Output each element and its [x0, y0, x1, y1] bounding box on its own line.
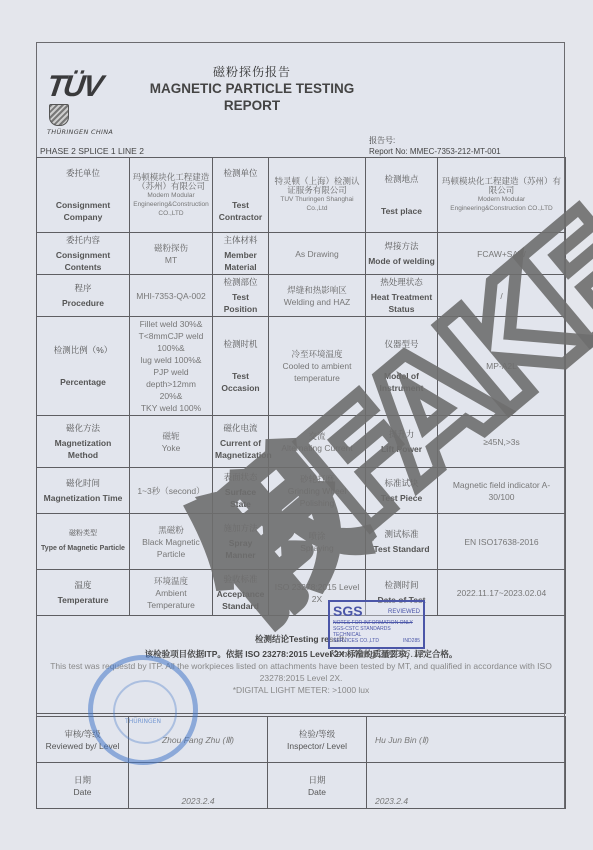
value-en: 1~3秒（second） [132, 485, 210, 497]
report-table: 委托单位Consignment Company玛顿模块化工程建造（苏州）有限公司… [36, 157, 566, 714]
table-row: 磁粉类型Type of Magnetic Particle黑磁粉Black Ma… [37, 514, 566, 570]
tuv-logo: TÜV THÜRINGEN CHINA [47, 73, 119, 136]
field-value: 1~3秒（second） [130, 468, 213, 514]
inspector-label: 检验/等级 Inspector/ Level [268, 717, 367, 763]
field-value: As Drawing [269, 233, 366, 275]
field-label: 温度Temperature [37, 570, 130, 616]
value-line: TKY weld 100% [132, 402, 210, 414]
label-cn: 检测时机 [215, 338, 266, 350]
field-value: 磁轭Yoke [130, 416, 213, 468]
label-cn: 检测单位 [215, 167, 266, 179]
value-line: Fillet weld 30%& [132, 318, 210, 330]
inspector-date-label: 日期 Date [268, 763, 367, 809]
field-label: 提升力Lift Power [366, 416, 438, 468]
value-en: MHI-7353-QA-002 [132, 290, 210, 302]
value-en: As Drawing [271, 248, 363, 260]
field-label: 测试标准Test Standard [366, 514, 438, 570]
label-cn: 表面状态 [215, 471, 266, 483]
label-cn: 测试标准 [368, 528, 435, 540]
label-en: Spray Manner [215, 537, 266, 561]
value-cn: 玛顿模块化工程建造（苏州）有限公司 [440, 177, 563, 195]
field-label: 表面状态Surface State [213, 468, 269, 514]
label-cn: 委托内容 [39, 234, 127, 246]
report-number-label-cn: 报告号: [369, 135, 501, 146]
field-label: 检测时机Test Occasion [213, 317, 269, 416]
field-value: 冷至环境温度Cooled to ambient temperature [269, 317, 366, 416]
value-cn: 焊缝和热影响区 [271, 284, 363, 296]
field-label: 检测单位Test Contractor [213, 158, 269, 233]
field-label: 焊接方法Mode of welding [366, 233, 438, 275]
value-cn: 黑磁粉 [132, 524, 210, 536]
table-row: 委托内容Consignment Contents磁粉探伤MT主体材料Member… [37, 233, 566, 275]
value-line: 20%& [132, 390, 210, 402]
seal-inner-ring [113, 680, 177, 744]
field-value: 黑磁粉Black Magnetic Particle [130, 514, 213, 570]
label-en: Model of Instrument [368, 370, 435, 394]
field-value: 焊缝和热影响区Welding and HAZ [269, 275, 366, 317]
label-en: Test Contractor [215, 199, 266, 223]
field-value: ≥45N,>3s [438, 416, 566, 468]
value-cn: 磁轭 [132, 430, 210, 442]
value-cn: 特灵顿（上海）检测认证服务有限公司 [271, 177, 363, 195]
label-en: Heat Treatment Status [368, 291, 435, 315]
field-label: 磁化方法Magnetization Method [37, 416, 130, 468]
field-label: 检测部位Test Position [213, 275, 269, 317]
seal-text: THÜRINGEN [93, 718, 193, 725]
value-en: MT [132, 254, 210, 266]
label-cn: 热处理状态 [368, 276, 435, 288]
label-en: Current of Magnetization [215, 437, 266, 461]
field-value: FCAW+SAW [438, 233, 566, 275]
field-label: 磁化时间Magnetization Time [37, 468, 130, 514]
value-en: Cooled to ambient temperature [271, 360, 363, 384]
label-en: Surface State [215, 486, 266, 510]
logo-brand: TÜV [45, 73, 103, 101]
field-value: MHI-7353-QA-002 [130, 275, 213, 317]
label-cn: 磁化方法 [39, 422, 127, 434]
field-value: 磁粉探伤MT [130, 233, 213, 275]
value-en: Black Magnetic Particle [132, 536, 210, 560]
field-label: 程序Procedure [37, 275, 130, 317]
value-cn: 磁粉探伤 [132, 242, 210, 254]
value-en: Yoke [132, 442, 210, 454]
sgs-company-line2: SERVICES CO.,LTD [333, 638, 379, 644]
value-line: 100%& [132, 342, 210, 354]
label-en: Mode of welding [368, 255, 435, 267]
sgs-company-line1: SGS-CSTC STANDARDS TECHNICAL [333, 626, 420, 638]
field-label: 施加方法Spray Manner [213, 514, 269, 570]
label-en: Consignment Contents [39, 249, 127, 273]
label-en: Test place [368, 205, 435, 217]
sgs-reviewed: REVIEWED [388, 609, 420, 615]
value-en: Spraying [271, 542, 363, 554]
value-en: Magnetic field indicator A-30/100 [440, 479, 563, 503]
field-label: 检测比例（%）Percentage [37, 317, 130, 416]
report-title: 磁粉探伤报告 MAGNETIC PARTICLE TESTING REPORT [137, 63, 367, 114]
sgs-handwritten-note: Ken Wang 2023.6.12 [330, 650, 425, 660]
value-cn: 玛顿模块化工程建造（苏州）有限公司 [132, 173, 210, 191]
field-label: 标准试块Test Piece [366, 468, 438, 514]
table-row: 磁化方法Magnetization Method磁轭Yoke磁化电流Curren… [37, 416, 566, 468]
label-cn: 检测部位 [215, 276, 266, 288]
value-en: Modern Modular Engineering&Construction … [132, 191, 210, 218]
label-en: Acceptance Standard [215, 588, 266, 612]
label-cn: 磁粉类型 [39, 528, 127, 540]
tuv-seal-stamp: THÜRINGEN [88, 655, 198, 765]
label-cn: 施加方法 [215, 522, 266, 534]
label-cn: 程序 [39, 282, 127, 294]
value-en: Modern Modular Engineering&Construction … [440, 195, 563, 213]
logo-subtitle: THÜRINGEN CHINA [47, 128, 119, 136]
result-title: 检测结论Testing result: [39, 633, 563, 645]
value-line: depth>12mm [132, 378, 210, 390]
report-number: 报告号: Report No: MMEC-7353-212-MT-001 [369, 135, 501, 157]
value-cn: 冷至环境温度 [271, 348, 363, 360]
field-label: 热处理状态Heat Treatment Status [366, 275, 438, 317]
reviewed-date: 2023.2.4 [129, 763, 268, 809]
label-en: Test Position [215, 291, 266, 315]
field-label: 磁化电流Current of Magnetization [213, 416, 269, 468]
field-value: 交流Alternating Current [269, 416, 366, 468]
field-label: 主体材料Member Material [213, 233, 269, 275]
sgs-logo: SGS [333, 604, 363, 618]
field-value: 喷涂Spraying [269, 514, 366, 570]
label-en: Magnetization Method [39, 437, 127, 461]
value-en: TUV Thuringen Shanghai Co.,Ltd [271, 195, 363, 213]
label-cn: 磁化时间 [39, 477, 127, 489]
field-value: Magnetic field indicator A-30/100 [438, 468, 566, 514]
table-row: 检测比例（%）PercentageFillet weld 30%&T<8mmCJ… [37, 317, 566, 416]
field-value: 2022.11.17~2023.02.04 [438, 570, 566, 616]
value-cn: 环境温度 [132, 575, 210, 587]
field-value: 砂轮打磨Grinding Wheel Polishing [269, 468, 366, 514]
field-value: 玛顿模块化工程建造（苏州）有限公司Modern Modular Engineer… [438, 158, 566, 233]
label-cn: 标准试块 [368, 477, 435, 489]
table-row: 委托单位Consignment Company玛顿模块化工程建造（苏州）有限公司… [37, 158, 566, 233]
label-cn: 仪器型号 [368, 338, 435, 350]
label-cn: 温度 [39, 579, 127, 591]
label-en: Test Standard [368, 543, 435, 555]
report-number-value: Report No: MMEC-7353-212-MT-001 [369, 146, 501, 157]
label-en: Member Material [215, 249, 266, 273]
label-cn: 磁化电流 [215, 422, 266, 434]
field-label: 委托单位Consignment Company [37, 158, 130, 233]
label-en: Test Piece [368, 492, 435, 504]
field-label: 检测地点Test place [366, 158, 438, 233]
label-en: Type of Magnetic Particle [39, 543, 127, 555]
title-en-line1: MAGNETIC PARTICLE TESTING [137, 80, 367, 97]
crest-icon [49, 104, 69, 126]
field-value: / [438, 275, 566, 317]
field-value: 环境温度Ambient Temperature [130, 570, 213, 616]
field-value: 玛顿模块化工程建造（苏州）有限公司Modern Modular Engineer… [130, 158, 213, 233]
value-en: FCAW+SAW [440, 248, 563, 260]
field-value: Fillet weld 30%&T<8mmCJP weld100%&lug we… [130, 317, 213, 416]
field-value: MP-A2L [438, 317, 566, 416]
inspector-date: 2023.2.4 [367, 763, 566, 809]
sgs-review-stamp: SGS REVIEWED NOTES FOR INFORMATION ONLY … [328, 600, 425, 649]
value-cn: 砂轮打磨 [271, 473, 363, 485]
label-cn: 检测比例（%） [39, 344, 127, 356]
inspector-signature: Hu Jun Bin (Ⅱ) [367, 717, 566, 763]
value-en: 2022.11.17~2023.02.04 [440, 587, 563, 599]
table-row: 温度Temperature环境温度Ambient Temperature验收标准… [37, 570, 566, 616]
label-cn: 焊接方法 [368, 240, 435, 252]
result-cn: 该检验项目依据ITP。依据 ISO 23278:2015 Level 2X 标准… [39, 648, 563, 660]
label-en: Percentage [39, 376, 127, 388]
reviewed-date-label: 日期 Date [37, 763, 129, 809]
value-en: Ambient Temperature [132, 587, 210, 611]
project-name: PHASE 2 SPLICE 1 LINE 2 [40, 146, 144, 156]
label-en: Lift Power [368, 443, 435, 455]
value-line: T<8mmCJP weld [132, 330, 210, 342]
label-en: Procedure [39, 297, 127, 309]
value-en: Alternating Current [271, 442, 363, 454]
field-value: EN ISO17638-2016 [438, 514, 566, 570]
label-cn: 委托单位 [39, 167, 127, 179]
value-en: Welding and HAZ [271, 296, 363, 308]
value-en: ≥45N,>3s [440, 436, 563, 448]
value-line: lug weld 100%& [132, 354, 210, 366]
table-row: 程序ProcedureMHI-7353-QA-002检测部位Test Posit… [37, 275, 566, 317]
value-en: Grinding Wheel Polishing [271, 485, 363, 509]
sgs-code: IND285 [403, 638, 420, 644]
label-cn: 验收标准 [215, 573, 266, 585]
value-line: PJP weld [132, 366, 210, 378]
date-row: 日期 Date 2023.2.4 日期 Date 2023.2.4 [37, 763, 566, 809]
value-cn: 交流 [271, 430, 363, 442]
label-cn: 检测地点 [368, 173, 435, 185]
label-en: Test Occasion [215, 370, 266, 394]
field-label: 委托内容Consignment Contents [37, 233, 130, 275]
label-en: Magnetization Time [39, 492, 127, 504]
label-en: Consignment Company [39, 199, 127, 223]
label-en: Temperature [39, 594, 127, 606]
field-label: 磁粉类型Type of Magnetic Particle [37, 514, 130, 570]
value-en: EN ISO17638-2016 [440, 536, 563, 548]
value-en: / [440, 290, 563, 302]
field-value: 特灵顿（上海）检测认证服务有限公司TUV Thuringen Shanghai … [269, 158, 366, 233]
table-row: 磁化时间Magnetization Time1~3秒（second）表面状态Su… [37, 468, 566, 514]
value-cn: 喷涂 [271, 530, 363, 542]
label-cn: 主体材料 [215, 234, 266, 246]
label-cn: 提升力 [368, 428, 435, 440]
label-cn: 检测时间 [368, 579, 435, 591]
field-label: 验收标准Acceptance Standard [213, 570, 269, 616]
field-label: 仪器型号Model of Instrument [366, 317, 438, 416]
title-en-line2: REPORT [137, 97, 367, 114]
title-cn: 磁粉探伤报告 [137, 63, 367, 80]
value-en: MP-A2L [440, 360, 563, 372]
